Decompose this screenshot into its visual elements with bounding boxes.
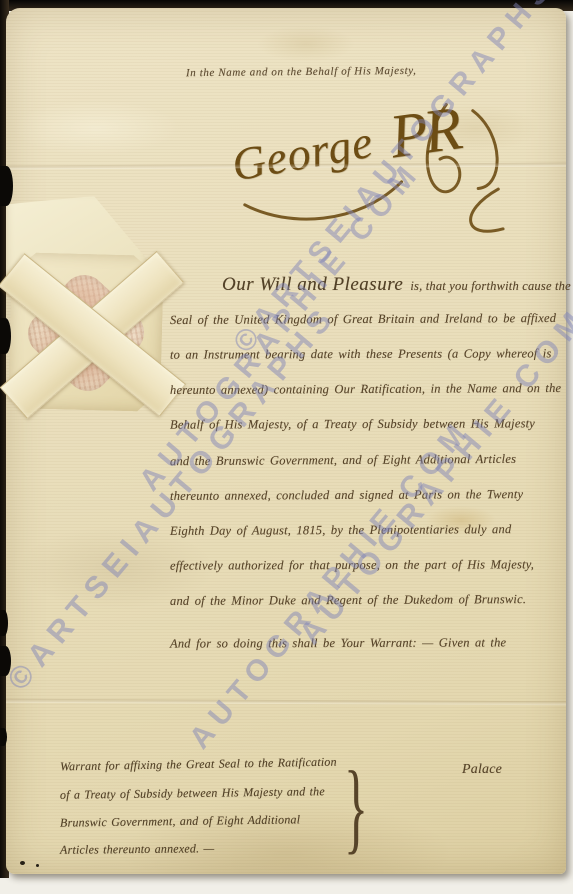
docket-line: Articles thereunto annexed. —: [60, 841, 214, 858]
royal-signature: George PR: [210, 89, 530, 260]
binding-tie: [0, 610, 8, 636]
body-line: and the Brunswic Government, and of Eigh…: [170, 452, 516, 469]
manuscript-photo: In the Name and on the Behalf of His Maj…: [0, 0, 573, 894]
body-line: effectively authorized for that purpose,…: [170, 557, 534, 573]
body-line: And for so doing this shall be Your Warr…: [170, 635, 506, 651]
heading-text: In the Name and on the Behalf of His Maj…: [186, 65, 417, 79]
docket-brace: }: [344, 748, 368, 865]
body-line-text: is, that you forthwith cause the Great: [410, 279, 573, 293]
place-word: Palace: [462, 762, 502, 778]
body-line: thereunto annexed, concluded and signed …: [170, 487, 523, 504]
body-opening-words: Our Will and Pleasure: [222, 274, 403, 295]
ink-speck: [36, 864, 39, 867]
ink-speck: [20, 861, 25, 865]
body-line: to an Instrument bearing date with these…: [170, 346, 552, 362]
binding-tie: [0, 728, 7, 746]
binding-tie: [0, 318, 11, 354]
signature-cipher: PR: [386, 94, 463, 174]
binding-tie: [0, 166, 13, 206]
body-line: and of the Minor Duke and Regent of the …: [170, 592, 526, 609]
body-line: hereunto annexed) containing Our Ratific…: [170, 381, 561, 398]
body-line: Seal of the United Kingdom of Great Brit…: [170, 311, 556, 328]
body-line: Our Will and Pleasureis, that you forthw…: [222, 274, 573, 296]
body-line: Eighth Day of August, 1815, by the Pleni…: [170, 522, 511, 539]
wafer-seal: [6, 242, 176, 428]
body-line: Behalf of His Majesty, of a Treaty of Su…: [170, 416, 535, 432]
binding-tie: [0, 646, 11, 676]
